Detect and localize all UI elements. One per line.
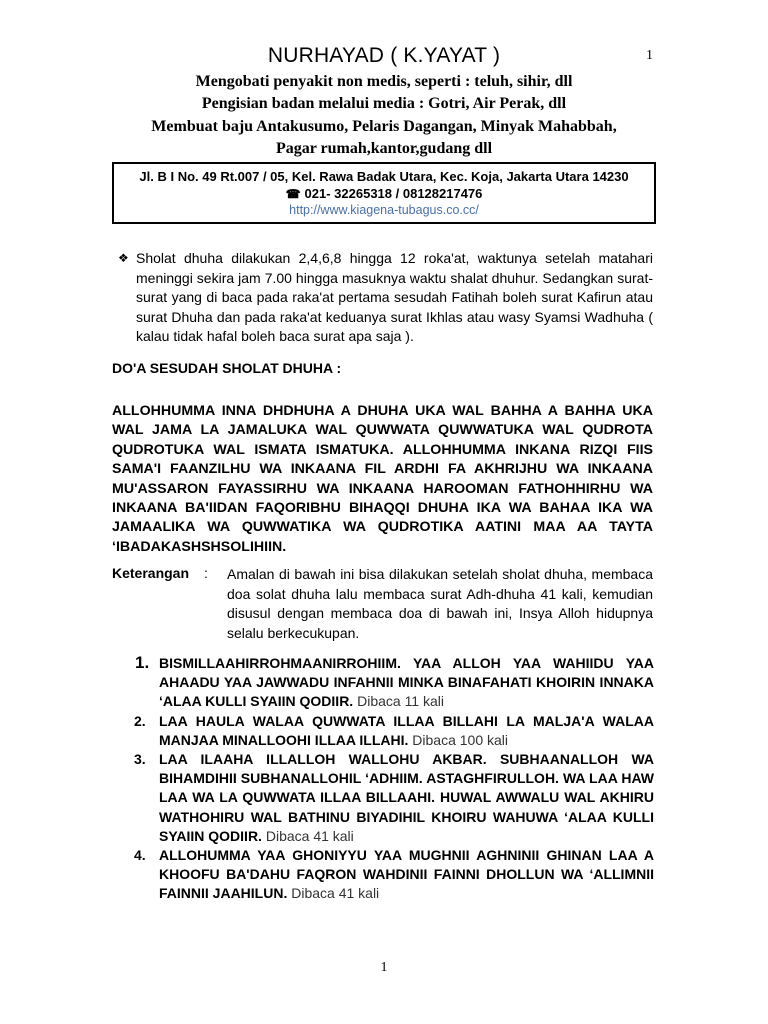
keterangan-colon: : [204,565,208,581]
list-item: 3. LAA ILAAHA ILLALLOH WALLOHU AKBAR. SU… [132,750,654,846]
prayer-arabic-transliteration: LAA ILAAHA ILLALLOH WALLOHU AKBAR. SUBHA… [159,751,654,844]
prayer-text: LAA ILAAHA ILLALLOH WALLOHU AKBAR. SUBHA… [159,750,654,846]
prayer-text: BISMILLAAHIRROHMAANIRROHIIM. YAA ALLOH Y… [159,654,654,712]
item-number: 3. [134,750,146,769]
document-title: NURHAYAD ( K.YAYAT ) [0,44,768,68]
keterangan-label: Keterangan [112,565,189,581]
phone-line: ☎021- 32265318 / 08128217476 [114,186,654,201]
list-item: 1. BISMILLAAHIRROHMAANIRROHIIM. YAA ALLO… [132,654,654,712]
website-link[interactable]: http://www.kiagena-tubagus.co.cc/ [114,203,654,217]
list-item: 4. ALLOHUMMA YAA GHONIYYU YAA MUGHNII AG… [132,846,654,904]
recitation-count: Dibaca 100 kali [412,732,508,748]
recitation-count: Dibaca 41 kali [266,828,354,844]
subtitle-line: Mengobati penyakit non medis, seperti : … [0,72,768,92]
doa-text: ALLOHHUMMA INNA DHDHUHA A DHUHA UKA WAL … [112,402,653,557]
item-number: 1. [135,653,149,672]
prayer-text: ALLOHUMMA YAA GHONIYYU YAA MUGHNII AGHNI… [159,846,654,904]
prayer-arabic-transliteration: LAA HAULA WALAA QUWWATA ILLAA BILLAHI LA… [159,713,654,748]
prayer-arabic-transliteration: ALLOHUMMA YAA GHONIYYU YAA MUGHNII AGHNI… [159,847,654,901]
phone-icon: ☎ [286,187,301,201]
subtitle-line: Pengisian badan melalui media : Gotri, A… [0,94,768,114]
bullet-text: Sholat dhuha dilakukan 2,4,6,8 hingga 12… [136,249,653,347]
prayer-list: 1. BISMILLAAHIRROHMAANIRROHIIM. YAA ALLO… [132,654,654,904]
list-item: 2. LAA HAULA WALAA QUWWATA ILLAA BILLAHI… [132,712,654,750]
subtitle-line: Pagar rumah,kantor,gudang dll [0,139,768,159]
dhuha-info-bullet: ❖ Sholat dhuha dilakukan 2,4,6,8 hingga … [118,249,653,347]
recitation-count: Dibaca 41 kali [291,885,379,901]
subtitle-line: Membuat baju Antakusumo, Pelaris Daganga… [0,117,768,137]
item-number: 2. [134,712,146,731]
item-number: 4. [134,846,146,865]
doa-heading: DO'A SESUDAH SHOLAT DHUHA : [112,360,341,376]
address-box: Jl. B I No. 49 Rt.007 / 05, Kel. Rawa Ba… [112,162,656,224]
keterangan-text: Amalan di bawah ini bisa dilakukan setel… [227,565,653,643]
prayer-text: LAA HAULA WALAA QUWWATA ILLAA BILLAHI LA… [159,712,654,750]
diamond-bullet-icon: ❖ [118,249,129,269]
recitation-count: Dibaca 11 kali [357,693,444,709]
document-page: 1 NURHAYAD ( K.YAYAT ) Mengobati penyaki… [0,0,768,1024]
footer-page-number: 1 [0,960,768,976]
address-text: Jl. B I No. 49 Rt.007 / 05, Kel. Rawa Ba… [114,169,654,184]
phone-number: 021- 32265318 / 08128217476 [305,186,483,201]
